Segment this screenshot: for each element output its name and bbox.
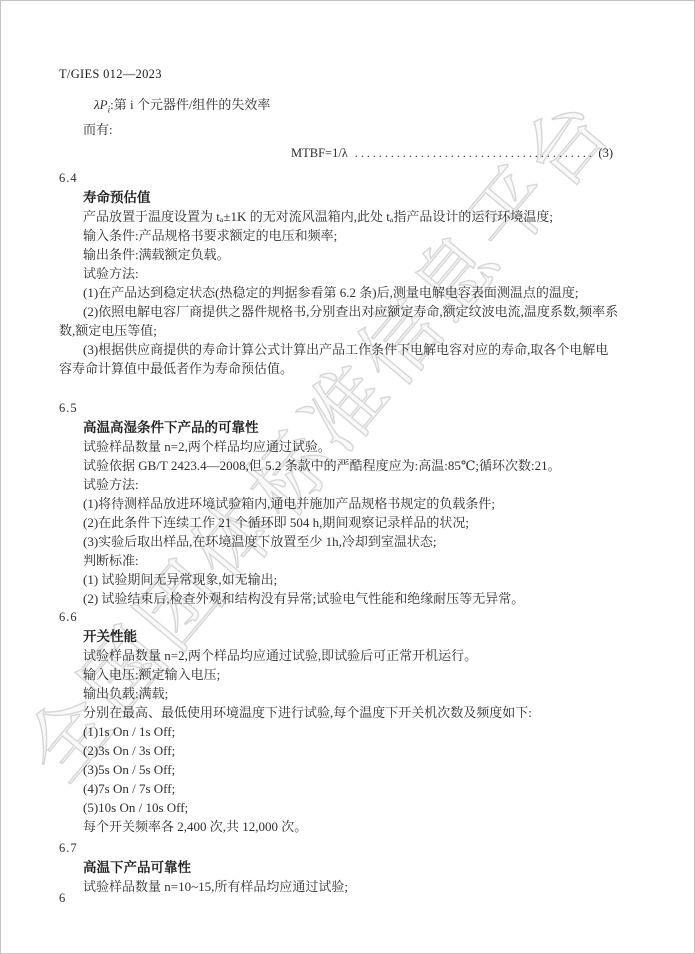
section-6-5: 6.5 高温高湿条件下产品的可靠性 试验样品数量 n=2,两个样品均应通过试验。… xyxy=(59,399,619,608)
mtbf-formula-row: MTBF=1/λ ...............................… xyxy=(59,144,619,163)
section-number: 6.4 xyxy=(59,169,619,188)
lambda-definition-line: λPi:第 i 个元器件/组件的失效率 xyxy=(59,95,619,120)
section-title: 高温下产品可靠性 xyxy=(59,858,619,877)
section-6-7: 6.7 高温下产品可靠性 试验样品数量 n=10~15,所有样品均应通过试验; xyxy=(59,839,619,896)
body-line: 判断标准: xyxy=(59,551,619,570)
page-number: 6 xyxy=(59,891,65,906)
body-line: 输出负载:满载; xyxy=(59,684,619,703)
lambda-symbol: λP xyxy=(94,97,108,112)
body-line: (1)在产品达到稳定状态(热稳定的判据参看第 6.2 条)后,测量电解电容表面测… xyxy=(59,283,619,302)
section-title: 开关性能 xyxy=(59,627,619,646)
body-line: (1)1s On / 1s Off; xyxy=(59,722,619,741)
body-line: (3)5s On / 5s Off; xyxy=(59,760,619,779)
document-page: 全国团体标准信息平台 T/GIES 012—2023 λPi:第 i 个元器件/… xyxy=(0,0,695,954)
body-line: (4)7s On / 7s Off; xyxy=(59,779,619,798)
body-line: 产品放置于温度设置为 tₐ±1K 的无对流风温箱内,此处 tₐ指产品设计的运行环… xyxy=(59,207,619,226)
formula-expression: MTBF=1/λ xyxy=(291,144,348,163)
section-number: 6.6 xyxy=(59,608,619,627)
body-line: 输入电压:额定输入电压; xyxy=(59,665,619,684)
body-line: 试验依据 GB/T 2423.4—2008,但 5.2 条款中的严酷程度应为:高… xyxy=(59,456,619,475)
document-code-header: T/GIES 012—2023 xyxy=(59,67,162,82)
body-line: 试验方法: xyxy=(59,264,619,283)
formula-equation-number: (3) xyxy=(598,144,613,163)
body-line: (2)3s On / 3s Off; xyxy=(59,741,619,760)
body-line: (3)根据供应商提供的寿命计算公式计算出产品工作条件下电解电容对应的寿命,取各个… xyxy=(59,340,619,378)
body-line: (5)10s On / 10s Off; xyxy=(59,798,619,817)
body-line: (2)在此条件下连续工作 21 个循环即 504 h,期间观察记录样品的状况; xyxy=(59,513,619,532)
body-line: 分别在最高、最低使用环境温度下进行试验,每个温度下开关机次数及频度如下: xyxy=(59,703,619,722)
formula-dot-leader: ........................................… xyxy=(355,144,594,163)
section-title: 寿命预估值 xyxy=(59,188,619,207)
body-line: (1) 试验期间无异常现象,如无输出; xyxy=(59,570,619,589)
section-number: 6.7 xyxy=(59,839,619,858)
document-body: λPi:第 i 个元器件/组件的失效率 而有: MTBF=1/λ .......… xyxy=(59,95,619,896)
body-line: 试验样品数量 n=2,两个样品均应通过试验。 xyxy=(59,437,619,456)
body-line: (1)将待测样品放进环境试验箱内,通电并施加产品规格书规定的负载条件; xyxy=(59,494,619,513)
section-6-6: 6.6 开关性能 试验样品数量 n=2,两个样品均应通过试验,即试验后可正常开机… xyxy=(59,608,619,836)
body-line: (2) 试验结束后,检查外观和结构没有异常;试验电气性能和绝缘耐压等无异常。 xyxy=(59,589,619,608)
body-line: 试验样品数量 n=2,两个样品均应通过试验,即试验后可正常开机运行。 xyxy=(59,646,619,665)
body-line: 每个开关频率各 2,400 次,共 12,000 次。 xyxy=(59,817,619,836)
section-6-4: 6.4 寿命预估值 产品放置于温度设置为 tₐ±1K 的无对流风温箱内,此处 t… xyxy=(59,169,619,378)
lead-in-text: 而有: xyxy=(59,120,619,139)
body-line: 试验方法: xyxy=(59,475,619,494)
section-number: 6.5 xyxy=(59,399,619,418)
body-line: 输入条件:产品规格书要求额定的电压和频率; xyxy=(59,226,619,245)
body-line: 输出条件:满载额定负载。 xyxy=(59,245,619,264)
body-line: (3)实验后取出样品,在环境温度下放置至少 1h,冷却到室温状态; xyxy=(59,532,619,551)
body-line: (2)依照电解电容厂商提供之器件规格书,分别查出对应额定寿命,额定纹波电流,温度… xyxy=(59,302,619,340)
section-title: 高温高湿条件下产品的可靠性 xyxy=(59,418,619,437)
body-line: 试验样品数量 n=10~15,所有样品均应通过试验; xyxy=(59,877,619,896)
lambda-definition-text: :第 i 个元器件/组件的失效率 xyxy=(110,97,270,112)
